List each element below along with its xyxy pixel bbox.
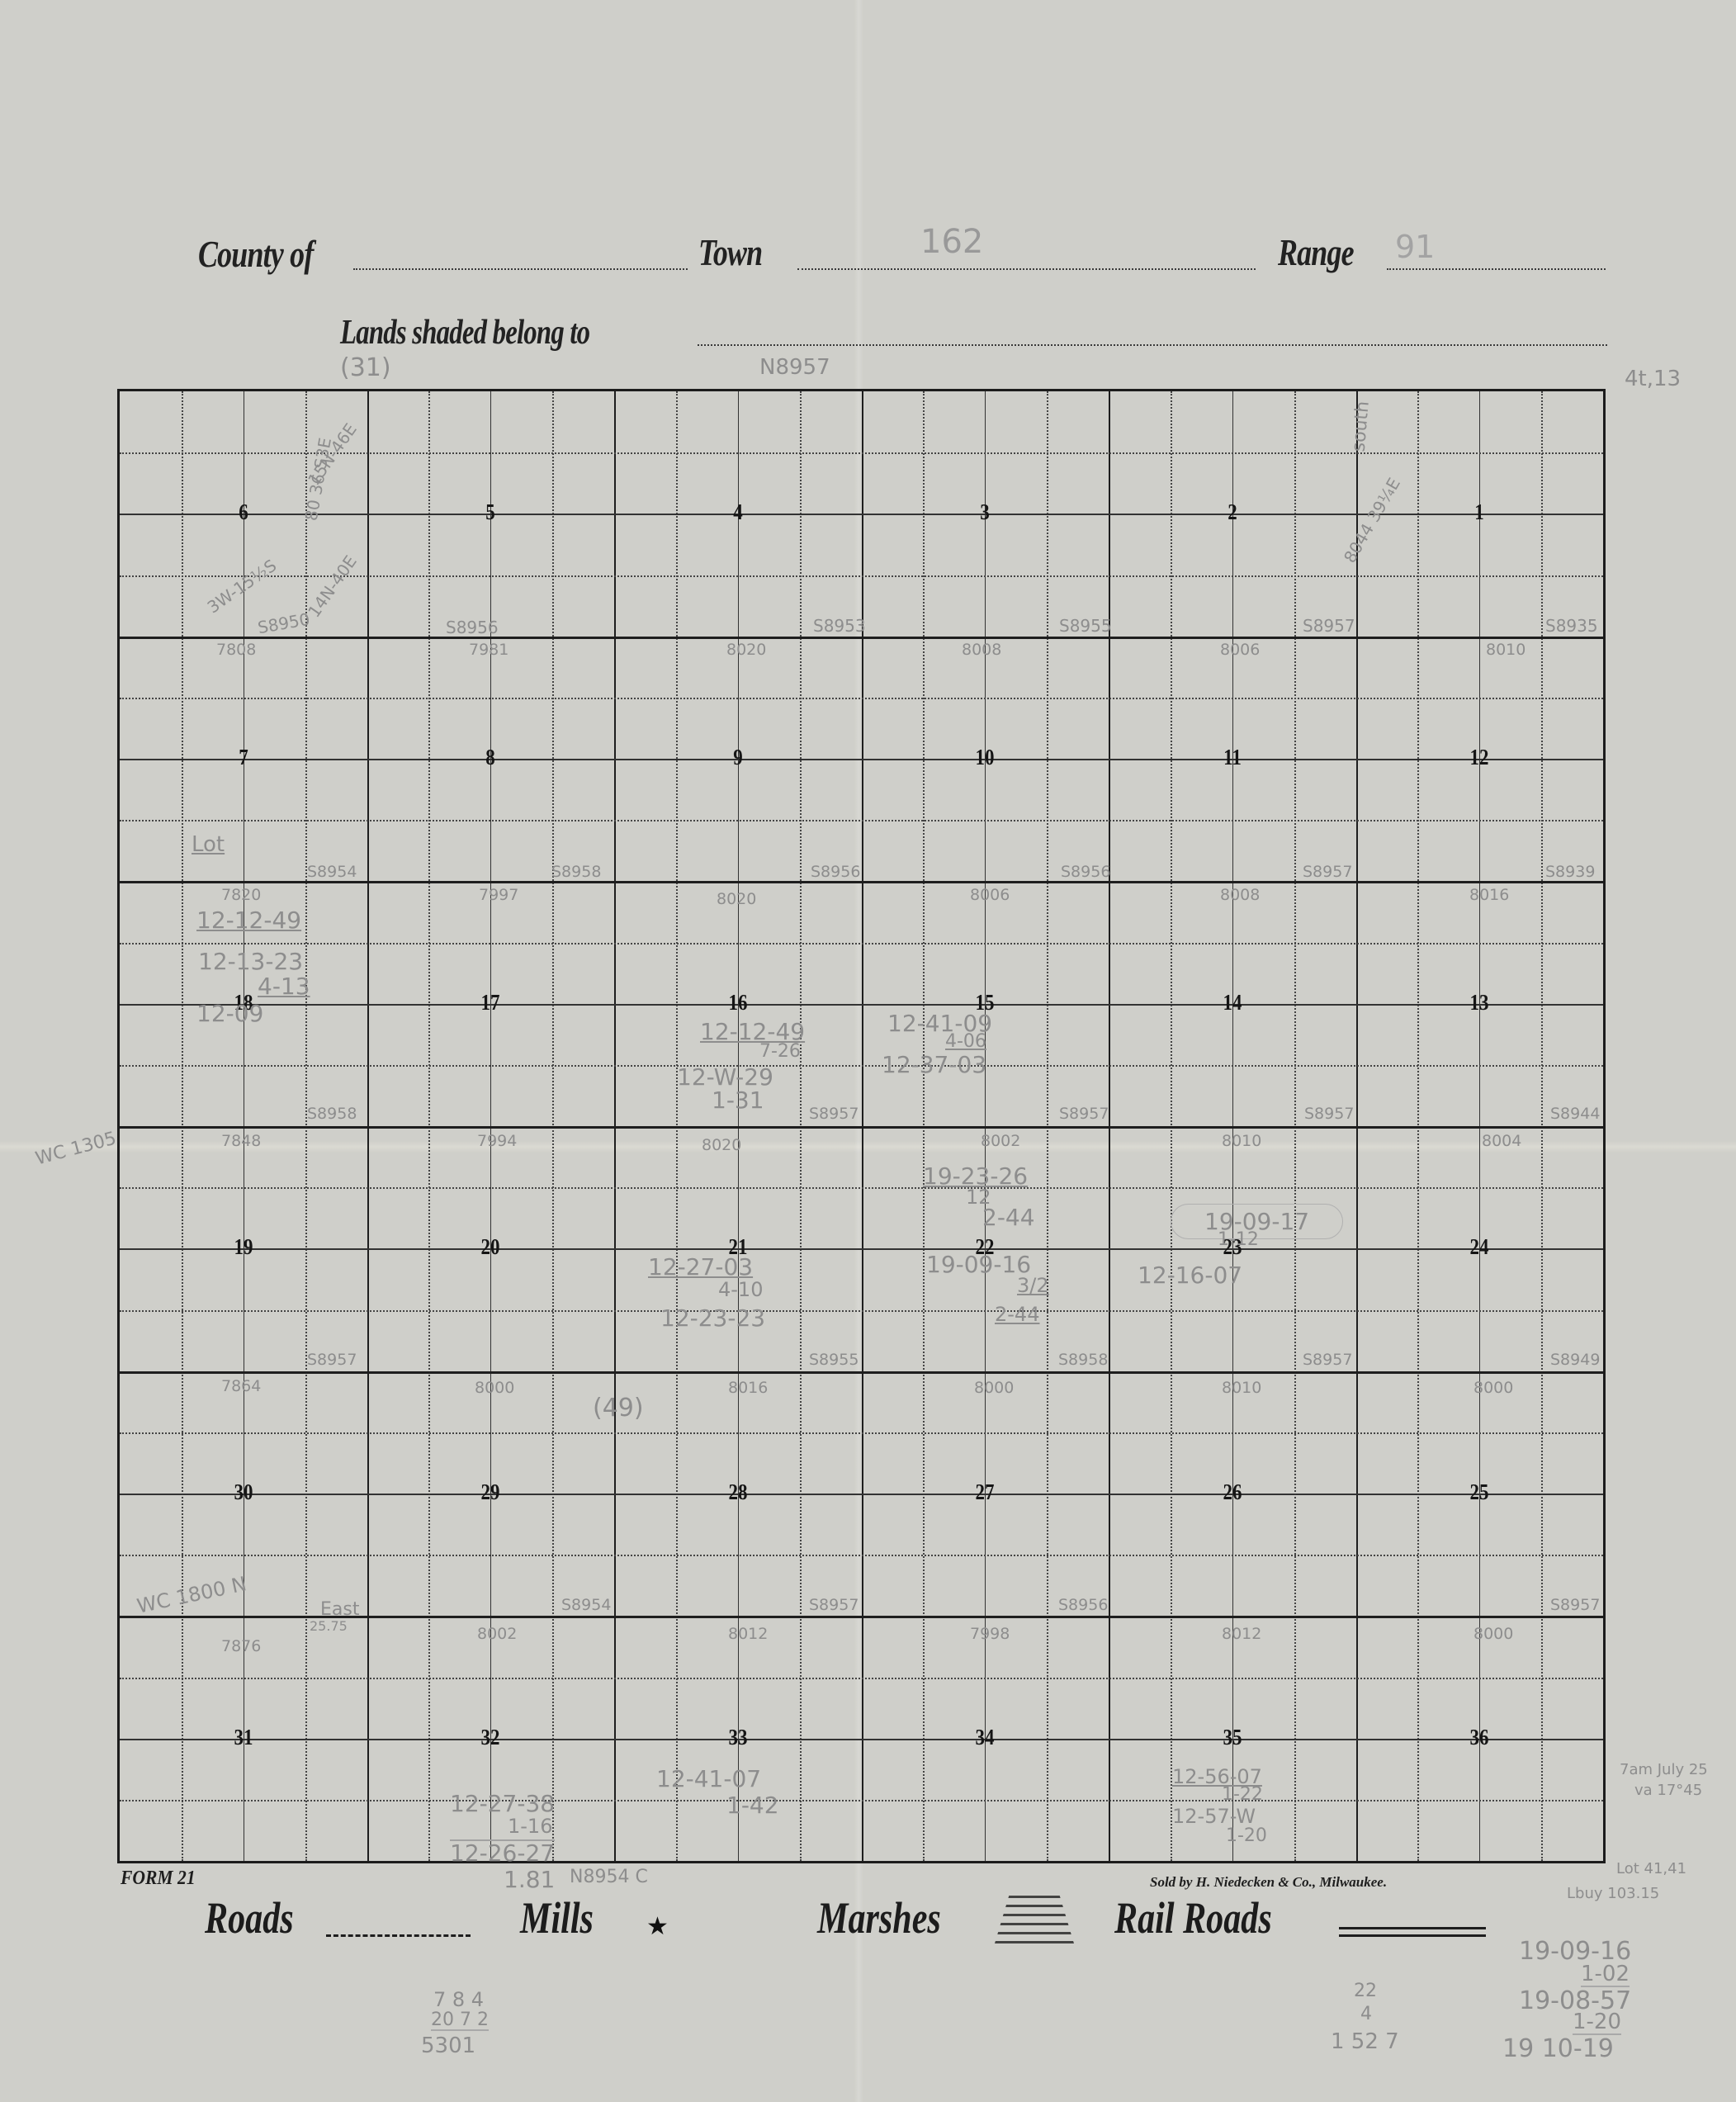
note-sec22-5: 2-44 (995, 1304, 1039, 1325)
section-number: 16 (729, 990, 748, 1015)
note-bottom-right-4: 19 10-19 (1502, 2036, 1614, 2062)
note-sec35-2: 12-57-W (1172, 1806, 1256, 1827)
note-sec23-1: 1-12 (1218, 1230, 1259, 1249)
note-row3-dist-5: 8004 (1482, 1134, 1521, 1150)
note-row5-bearing-0: S8954 (561, 1598, 611, 1614)
note-sec32-1: 1-16 (508, 1816, 552, 1837)
note-sec5-s: S8956 (446, 619, 499, 637)
quarter-line-horizontal (120, 1310, 1603, 1312)
section-number: 35 (1223, 1725, 1242, 1750)
note-row2-bearing-5: S8939 (1545, 864, 1595, 881)
note-bottom-center-2: 1 52 7 (1331, 2031, 1399, 2053)
quarter-line-horizontal (120, 1678, 1603, 1679)
note-sec35-3: 1-20 (1226, 1826, 1267, 1845)
town-label: Town (698, 234, 762, 272)
section-number: 11 (1223, 745, 1242, 770)
note-sec22-2: 2-44 (982, 1205, 1035, 1229)
section-number: 4 (733, 499, 742, 525)
section-number: 10 (976, 745, 995, 770)
section-number: 8 (485, 745, 494, 770)
section-number: 31 (234, 1725, 253, 1750)
note-sec35-1: 1-22 (1222, 1785, 1263, 1804)
quarter-line-horizontal (120, 1248, 1603, 1250)
note-sec21-2: 12-23-23 (660, 1306, 765, 1330)
lands-label: Lands shaded belong to (340, 315, 589, 350)
railroad-line-icon (1339, 1927, 1486, 1937)
quarter-line-horizontal (120, 943, 1603, 944)
note-row2-bearing-3: S8956 (1061, 864, 1110, 881)
note-bottom-left-2: 5301 (421, 2035, 475, 2057)
section-number: 7 (239, 745, 248, 770)
section-number: 27 (976, 1479, 995, 1505)
note-sec16-3: 1-31 (712, 1088, 764, 1112)
section-number: 19 (234, 1234, 253, 1260)
section-number: 2 (1227, 499, 1237, 525)
note-right-margin-1a: 7am July 25 (1620, 1763, 1708, 1778)
section-number: 32 (481, 1725, 500, 1750)
note-row4-dist-1: 8000 (475, 1380, 514, 1397)
note-row2-dist-5: 8016 (1469, 888, 1509, 904)
note-row3-bearing-0: S8958 (307, 1106, 357, 1123)
quarter-line-horizontal (120, 1739, 1603, 1740)
note-sec33-1: 1-42 (726, 1793, 779, 1817)
note-row5-dist-5: 8000 (1473, 1626, 1513, 1643)
note-sec3-s: S8955 (1059, 618, 1112, 635)
section-number: 14 (1223, 990, 1242, 1015)
county-field[interactable] (353, 268, 688, 270)
quarter-line-horizontal (120, 1494, 1603, 1495)
note-below-grid: N8954 C (570, 1868, 648, 1887)
legend-roads: Roads (205, 1896, 319, 1940)
note-sec33-0: 12-41-07 (656, 1767, 761, 1791)
note-sec15-2: 12-37-03 (882, 1053, 986, 1077)
section-number: 13 (1470, 990, 1489, 1015)
note-bottom-right-3: 1-20 (1573, 2011, 1621, 2035)
legend-mills-label: Mills (520, 1896, 594, 1940)
quarter-line-horizontal (120, 1004, 1603, 1006)
marsh-icon (995, 1896, 1074, 1943)
note-row3-bearing-3: S8957 (1304, 1106, 1354, 1123)
section-line-horizontal (120, 1126, 1603, 1129)
note-row4-bearing-1: S8955 (809, 1352, 859, 1369)
note-sec23-2: 12-16-07 (1138, 1263, 1242, 1287)
note-row1-dist-1: 7981 (469, 642, 509, 659)
lands-field[interactable] (698, 344, 1607, 346)
note-row5-bearing-3: S8957 (1550, 1598, 1600, 1614)
note-row4-bearing-3: S8957 (1303, 1352, 1352, 1369)
note-top-center: N8957 (759, 357, 830, 379)
township-grid: 6543217891011121817161514131920212223243… (117, 389, 1606, 1863)
note-sec18-1: 12-13-23 (198, 949, 303, 973)
note-sec18-3: 12-09 (196, 1001, 263, 1025)
note-row3-bearing-4: S8944 (1550, 1106, 1600, 1123)
note-bottom-right-1: 1-02 (1581, 1963, 1630, 1987)
quarter-line-horizontal (120, 1800, 1603, 1801)
section-number: 29 (481, 1479, 500, 1505)
note-row4-dist-4: 8010 (1222, 1380, 1261, 1397)
note-row3-dist-1: 7994 (477, 1134, 517, 1150)
quarter-line-horizontal (120, 698, 1603, 699)
note-sec16-1: 7-26 (759, 1042, 801, 1061)
section-number: 33 (729, 1725, 748, 1750)
note-row3-bearing-1: S8957 (809, 1106, 859, 1123)
note-top-right: 4t,13 (1625, 368, 1681, 391)
quarter-line-horizontal (120, 1187, 1603, 1189)
section-line-horizontal (120, 881, 1603, 883)
note-sec18-2: 4-13 (258, 974, 310, 998)
quarter-line-horizontal (120, 1432, 1603, 1434)
town-field[interactable] (797, 268, 1256, 270)
note-row2-bearing-0: S8954 (307, 864, 357, 881)
note-sec16-0: 12-12-49 (700, 1020, 805, 1044)
note-row1-dist-5: 8010 (1486, 642, 1526, 659)
section-line-horizontal (120, 637, 1603, 639)
note-sec22-0: 19-23-26 (923, 1164, 1028, 1188)
note-bottom-center-0: 22 (1354, 1981, 1377, 2000)
note-row1-dist-0: 7808 (216, 642, 256, 659)
note-bottom-left-1: 20 7 2 (431, 2010, 489, 2031)
note-row3-dist-3: 8002 (981, 1134, 1020, 1150)
note-sec22-3: 19-09-16 (926, 1252, 1031, 1276)
note-sec4-s: S8953 (813, 618, 866, 635)
note-row2-dist-0: 7820 (221, 888, 261, 904)
note-row3-dist-2: 8020 (702, 1138, 741, 1154)
note-row2-dist-1: 7997 (479, 888, 518, 904)
range-label: Range (1278, 234, 1354, 272)
note-row5-dist-4: 8012 (1222, 1626, 1261, 1643)
section-number: 17 (481, 990, 500, 1015)
note-row4-bearing-4: S8949 (1550, 1352, 1600, 1369)
note-row4-bearing-0: S8957 (307, 1352, 357, 1369)
note-sec1-2-south: south (1350, 400, 1373, 452)
note-row3-dist-4: 8010 (1222, 1134, 1261, 1150)
note-row4-dist-5: 8000 (1473, 1380, 1513, 1397)
note-sec30-east: East (320, 1600, 359, 1619)
note-sec2-s: S8957 (1303, 618, 1355, 635)
note-row5-dist-1: 8002 (477, 1626, 517, 1643)
note-sec21-0: 12-27-03 (648, 1255, 753, 1279)
legend-roads-label: Roads (205, 1896, 294, 1940)
note-sec1-s: S8935 (1545, 618, 1598, 635)
town-value: 162 (920, 225, 983, 259)
quarter-line-horizontal (120, 1065, 1603, 1067)
note-row1-dist-2: 8020 (726, 642, 766, 659)
quarter-line-horizontal (120, 820, 1603, 821)
note-sec30-dist: 25.75 (310, 1620, 348, 1634)
note-bottom-center-1: 4 (1360, 2005, 1372, 2024)
legend-railroads: Rail Roads (1114, 1896, 1317, 1940)
road-line-icon (326, 1934, 471, 1937)
note-row4-dist-3: 8000 (974, 1380, 1014, 1397)
note-row5-bearing-1: S8957 (809, 1598, 859, 1614)
note-row1-dist-3: 8008 (962, 642, 1001, 659)
section-number: 24 (1470, 1234, 1489, 1260)
note-sec22-4: 3/2 (1017, 1276, 1049, 1296)
note-bottom-left-0: 7 8 4 (433, 1990, 484, 2010)
legend-railroads-label: Rail Roads (1114, 1896, 1272, 1940)
note-row4-dist-0: 7864 (221, 1379, 261, 1395)
legend-mills: Mills (520, 1896, 614, 1940)
section-number: 34 (976, 1725, 995, 1750)
note-sec7-lot: Lot (192, 834, 225, 856)
note-row5-dist-3: 7998 (970, 1626, 1010, 1643)
form-label: FORM 21 (121, 1868, 196, 1890)
quarter-line-horizontal (120, 1555, 1603, 1556)
note-sec16-2: 12-W-29 (677, 1065, 773, 1089)
note-sec15-1: 4-06 (945, 1032, 986, 1051)
note-top-circle: (31) (340, 355, 391, 381)
note-row1-dist-4: 8006 (1220, 642, 1260, 659)
note-row2-bearing-2: S8956 (811, 864, 860, 881)
note-row2-dist-4: 8008 (1220, 888, 1260, 904)
section-number: 6 (239, 499, 248, 525)
note-row5-dist-0: 7876 (221, 1639, 261, 1655)
section-number: 20 (481, 1234, 500, 1260)
legend-marshes-label: Marshes (817, 1896, 941, 1940)
note-right-margin-2b: Lbuy 103.15 (1567, 1887, 1659, 1902)
range-field[interactable] (1387, 268, 1606, 270)
note-row2-bearing-1: S8958 (551, 864, 601, 881)
section-number: 30 (234, 1479, 253, 1505)
note-row2-dist-3: 8006 (970, 888, 1010, 904)
note-row4-dist-2: 8016 (728, 1380, 768, 1397)
note-sec32-0: 12-27-38 (450, 1792, 555, 1816)
note-row2-dist-2: 8020 (717, 892, 756, 908)
publisher-imprint: Sold by H. Niedecken & Co., Milwaukee. (1150, 1874, 1387, 1891)
note-circle-49: (49) (593, 1395, 644, 1422)
section-line-horizontal (120, 1371, 1603, 1374)
note-left-margin: WC 1305 (34, 1129, 119, 1168)
section-number: 1 (1474, 499, 1483, 525)
section-number: 3 (980, 499, 989, 525)
county-label: County of (198, 235, 314, 273)
section-number: 25 (1470, 1479, 1489, 1505)
note-row5-dist-2: 8012 (728, 1626, 768, 1643)
section-number: 26 (1223, 1479, 1242, 1505)
note-row4-bearing-2: S8958 (1058, 1352, 1108, 1369)
note-row3-dist-0: 7848 (221, 1134, 261, 1150)
note-sec21-1: 4-10 (718, 1280, 763, 1300)
note-right-margin-2a: Lot 41,41 (1616, 1862, 1686, 1877)
note-bottom-right-0: 19-09-16 (1519, 1939, 1631, 1965)
note-row3-bearing-2: S8957 (1059, 1106, 1109, 1123)
section-number: 36 (1470, 1725, 1489, 1750)
range-value: 91 (1395, 231, 1435, 264)
section-number: 9 (733, 745, 742, 770)
note-sec18-0: 12-12-49 (196, 908, 301, 932)
note-row5-bearing-2: S8956 (1058, 1598, 1108, 1614)
section-number: 28 (729, 1479, 748, 1505)
mill-star-icon: ★ (646, 1912, 669, 1941)
note-sec32-3: 1.81 (504, 1868, 555, 1891)
note-sec32-2: 12-26-27 (450, 1839, 555, 1865)
section-number: 5 (485, 499, 494, 525)
section-number: 12 (1470, 745, 1489, 770)
note-right-margin-1b: va 17°45 (1634, 1783, 1702, 1799)
quarter-line-horizontal (120, 759, 1603, 760)
note-row2-bearing-4: S8957 (1303, 864, 1352, 881)
legend-marshes: Marshes (817, 1896, 976, 1940)
